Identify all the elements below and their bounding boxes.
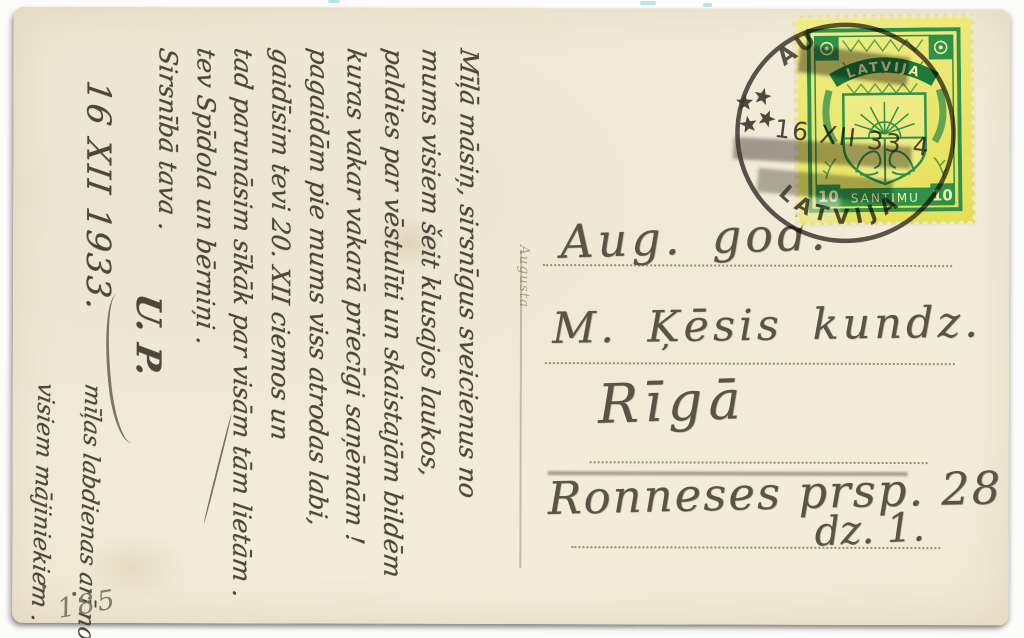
message-line: tad parunāsim sīkāk par visām tām lietām… (223, 46, 262, 596)
scanner-artifact (703, 3, 712, 7)
message-line: pagaidām pie mums viss atrodas labi, (298, 46, 337, 596)
message-date: 16 XII 1933. (79, 78, 119, 302)
postmark: AU 16 XII 33 4 LATVIJA (715, 11, 996, 260)
scanner-artifact (640, 1, 656, 5)
message-line: paldies par vēstulīti un skaistajām bild… (373, 46, 412, 596)
postcard-scan: Mīļā māsiņ, sirsnīgus sveicienus no mums… (0, 0, 1024, 638)
postcard: Mīļā māsiņ, sirsnīgus sveicienus no mums… (12, 7, 1010, 626)
message-line: Mīļā māsiņ, sirsnīgus sveicienus no (449, 46, 488, 596)
address-city: Rīgā (597, 368, 748, 436)
address-ruled-line (545, 362, 955, 365)
message-line: kuras vakar vakarā priecīgi saņēmām ! (336, 46, 375, 596)
address-recipient: M. Ķēsis kundz. (552, 297, 982, 353)
message-line: mums visiem šeit klusajos laukos, (411, 46, 450, 596)
message-block: Mīļā māsiņ, sirsnīgus sveicienus no mums… (147, 48, 487, 594)
address-street: Ronneses prsp. 28 (547, 461, 1003, 525)
message-line: gaidīsim tevi 20. XII ciemos un (261, 46, 300, 596)
divider-script: Augusta (516, 245, 532, 425)
message-date-block: 16 XII 1933. (30, 81, 119, 299)
address-apartment: dz. 1. (813, 504, 925, 555)
divider-script-block: Augusta (502, 245, 532, 425)
ink-dot (42, 585, 46, 589)
scanner-artifact (328, 0, 340, 3)
